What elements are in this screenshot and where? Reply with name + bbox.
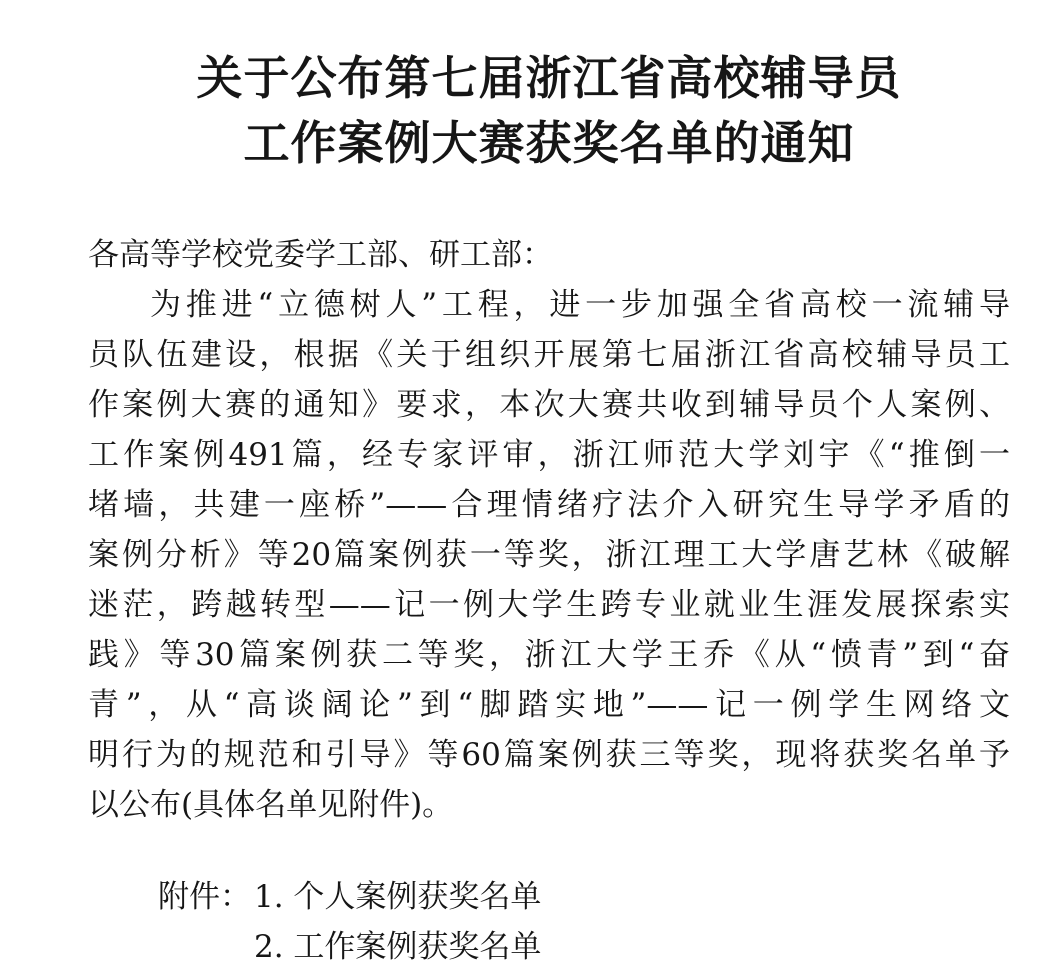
notice-body: 各高等学校党委学工部、研工部： 为推进“立德树人”工程，进一步加强全省高校一流辅… xyxy=(0,230,1064,830)
attachments-section: 附件： 1. 个人案例获奖名单 2. 工作案例获奖名单 xyxy=(0,872,1064,971)
body-line: 迷茫，跨越转型——记一例大学生跨专业就业生涯发展探索实 xyxy=(88,580,1010,630)
body-line: 员队伍建设，根据《关于组织开展第七届浙江省高校辅导员工 xyxy=(88,330,1010,380)
attachment-row: 2. 工作案例获奖名单 xyxy=(158,922,1010,971)
body-line: 作案例大赛的通知》要求，本次大赛共收到辅导员个人案例、 xyxy=(88,380,1010,430)
body-line: 案例分析》等20篇案例获一等奖，浙江理工大学唐艺林《破解 xyxy=(88,530,1010,580)
salutation: 各高等学校党委学工部、研工部： xyxy=(88,230,1010,280)
notice-title-line-2: 工作案例大赛获奖名单的通知 xyxy=(88,111,1010,176)
body-line: 明行为的规范和引导》等60篇案例获三等奖，现将获奖名单予 xyxy=(88,730,1010,780)
attachment-item-2: 2. 工作案例获奖名单 xyxy=(254,922,1010,971)
attachments-label: 附件： xyxy=(158,872,254,922)
body-line: 青”，从“高谈阔论”到“脚踏实地”——记一例学生网络文 xyxy=(88,680,1010,730)
body-line-last: 以公布(具体名单见附件)。 xyxy=(88,780,1010,830)
attachment-item-1: 1. 个人案例获奖名单 xyxy=(254,872,1010,922)
body-line: 工作案例491篇，经专家评审，浙江师范大学刘宇《“推倒一 xyxy=(88,430,1010,480)
body-line: 为推进“立德树人”工程，进一步加强全省高校一流辅导 xyxy=(88,280,1010,330)
attachment-row: 附件： 1. 个人案例获奖名单 xyxy=(158,872,1010,922)
notice-title-line-1: 关于公布第七届浙江省高校辅导员 xyxy=(88,46,1010,111)
body-line: 践》等30篇案例获二等奖，浙江大学王乔《从“愤青”到“奋 xyxy=(88,630,1010,680)
body-line: 堵墙，共建一座桥”——合理情绪疗法介入研究生导学矛盾的 xyxy=(88,480,1010,530)
attachments-label-spacer xyxy=(158,922,254,971)
notice-document: 关于公布第七届浙江省高校辅导员 工作案例大赛获奖名单的通知 各高等学校党委学工部… xyxy=(0,0,1064,971)
notice-title: 关于公布第七届浙江省高校辅导员 工作案例大赛获奖名单的通知 xyxy=(0,0,1064,176)
